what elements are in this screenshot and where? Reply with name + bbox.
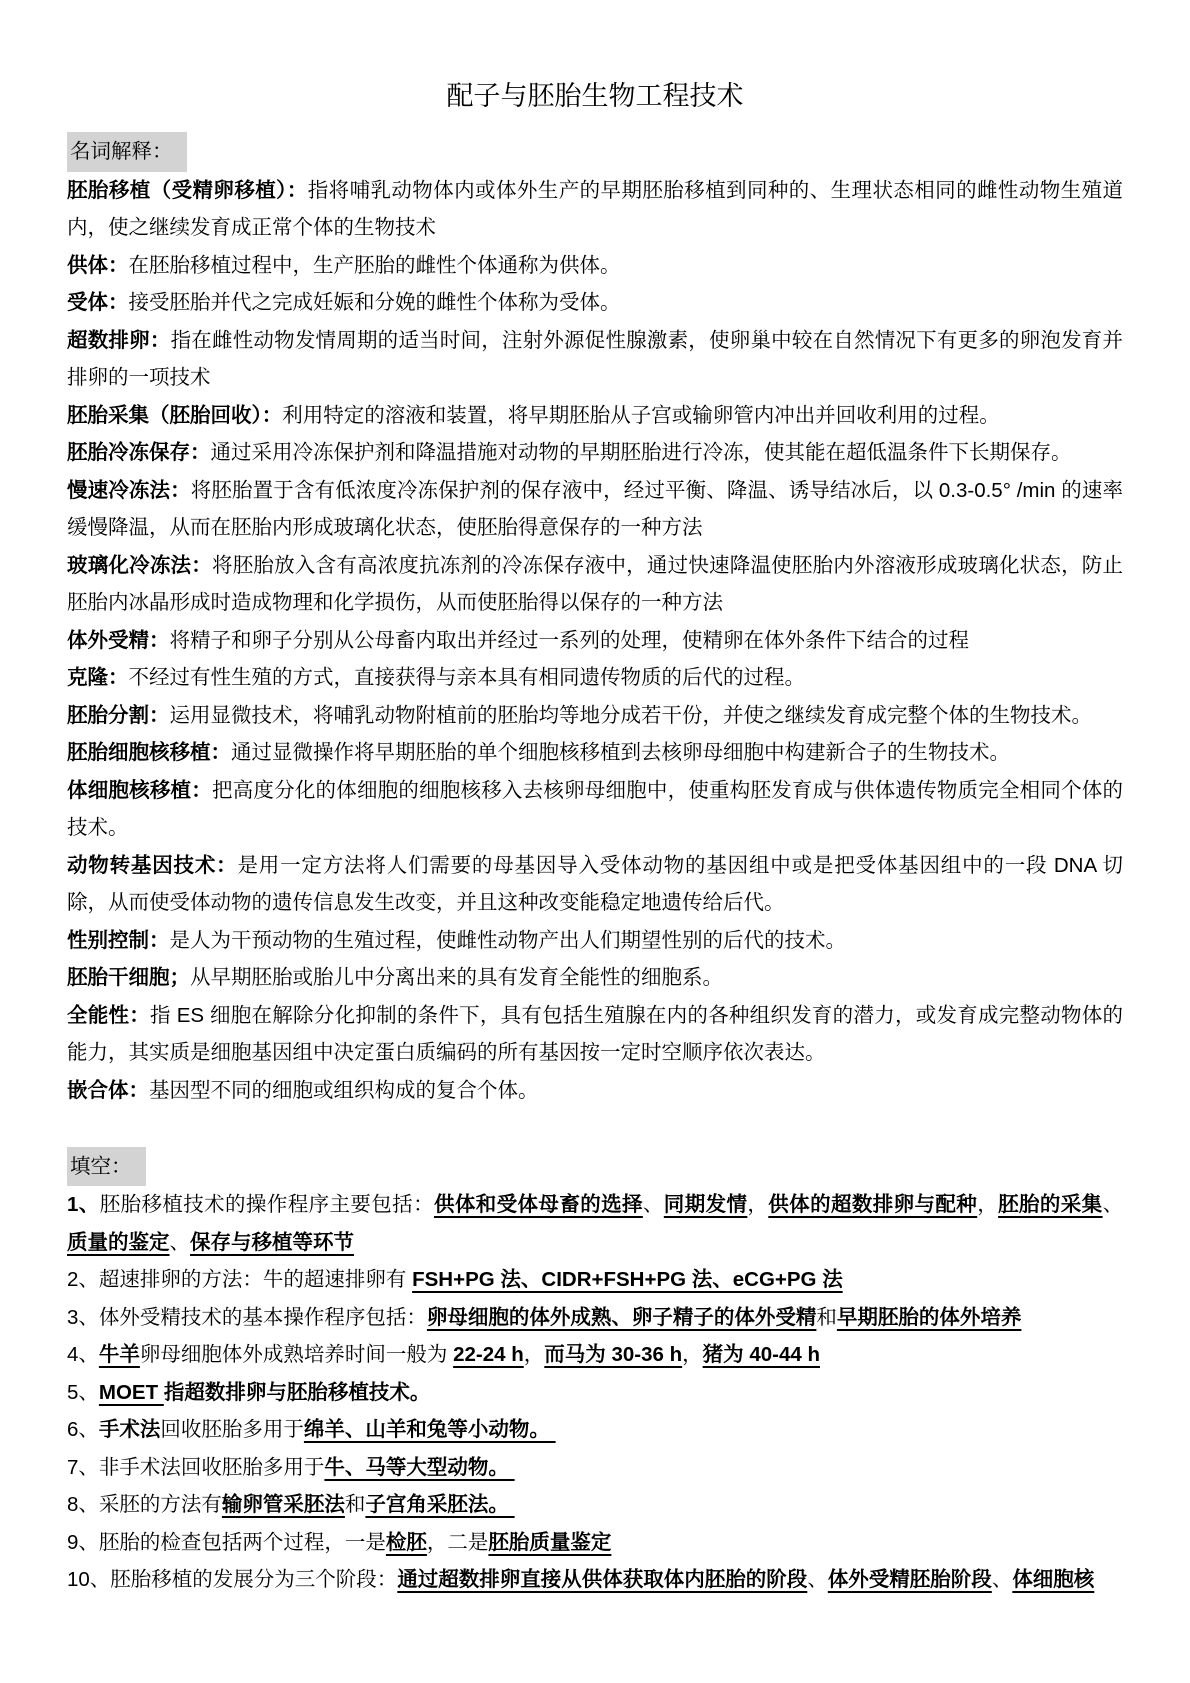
text-run: 不经过有性生殖的方式，直接获得与亲本具有相同遗传物质的后代的过程。: [129, 666, 806, 689]
text-run: 将胚胎放入含有高浓度抗冻剂的冷冻保存液中，通过快速降温使胚胎内外溶液形成玻璃化状…: [67, 554, 1123, 615]
blank-item: 1、胚胎移植技术的操作程序主要包括：供体和受体母畜的选择、同期发情，供体的超数排…: [67, 1186, 1123, 1261]
term-text-run: 胚胎移植（受精卵移植）：: [67, 179, 308, 202]
definition-item: 性别控制：是人为干预动物的生殖过程，使雌性动物产出人们期望性别的后代的技术。: [67, 922, 1123, 960]
blanks-list: 1、胚胎移植技术的操作程序主要包括：供体和受体母畜的选择、同期发情，供体的超数排…: [67, 1186, 1123, 1599]
answer-text-run: 体细胞核: [1012, 1568, 1094, 1591]
definition-item: 胚胎移植（受精卵移植）：指将哺乳动物体内或体外生产的早期胚胎移植到同种的、生理状…: [67, 172, 1123, 247]
definition-item: 全能性：指 ES 细胞在解除分化抑制的条件下，具有包括生殖腺在内的各种组织发育的…: [67, 997, 1123, 1072]
answer-text-run: 绵羊、山羊和兔等小动物。: [304, 1418, 556, 1441]
text-run: 5、: [67, 1381, 99, 1404]
text-run: ，: [524, 1343, 545, 1366]
text-run: 利用特定的溶液和装置，将早期胚胎从子宫或输卵管内冲出并回收利用的过程。: [282, 404, 1000, 427]
term-text-run: 嵌合体：: [67, 1079, 149, 1102]
term-text-run: 胚胎冷冻保存：: [67, 441, 211, 464]
answer-text-run: 牛羊: [99, 1343, 140, 1366]
blank-item: 4、牛羊卵母细胞体外成熟培养时间一般为 22-24 h，而马为 30-36 h，…: [67, 1336, 1123, 1374]
definition-item: 动物转基因技术：是用一定方法将人们需要的母基因导入受体动物的基因组中或是把受体基…: [67, 847, 1123, 922]
text-run: 是人为干预动物的生殖过程，使雌性动物产出人们期望性别的后代的技术。: [170, 929, 847, 952]
text-run: 指 ES 细胞在解除分化抑制的条件下，具有包括生殖腺在内的各种组织发育的潜力，或…: [67, 1004, 1123, 1065]
text-run: ，: [977, 1193, 998, 1216]
term-text-run: 受体：: [67, 291, 129, 314]
term-text-run: 动物转基因技术：: [67, 854, 238, 877]
answer-text-run: 通过超数排卵直接从供体获取体内胚胎的阶段: [397, 1568, 807, 1591]
definition-item: 体细胞核移植：把高度分化的体细胞的细胞核移入去核卵母细胞中，使重构胚发育成与供体…: [67, 772, 1123, 847]
definition-item: 体外受精：将精子和卵子分别从公母畜内取出并经过一系列的处理，使精卵在体外条件下结…: [67, 622, 1123, 660]
definition-item: 胚胎干细胞；从早期胚胎或胎儿中分离出来的具有发育全能性的细胞系。: [67, 959, 1123, 997]
text-run: 运用显微技术，将哺乳动物附植前的胚胎均等地分成若干份，并使之继续发育成完整个体的…: [170, 704, 1093, 727]
answer-text-run: 同期发情: [664, 1193, 748, 1216]
blank-item: 7、非手术法回收胚胎多用于牛、马等大型动物。: [67, 1449, 1123, 1487]
term-text-run: 体细胞核移植：: [67, 779, 212, 802]
blank-item: 3、体外受精技术的基本操作程序包括：卵母细胞的体外成熟、卵子精子的体外受精和早期…: [67, 1299, 1123, 1337]
answer-text-run: 子宫角采胚法。: [365, 1493, 514, 1516]
text-run: 、: [643, 1193, 664, 1216]
term-text-run: 手术法: [99, 1418, 161, 1441]
definition-item: 胚胎分割：运用显微技术，将哺乳动物附植前的胚胎均等地分成若干份，并使之继续发育成…: [67, 697, 1123, 735]
answer-text-run: 胚胎的采集: [998, 1193, 1102, 1216]
term-text-run: 胚胎干细胞；: [67, 966, 190, 989]
answer-text-run: 卵母细胞的体外成熟、卵子精子的体外受精: [427, 1306, 817, 1329]
text-run: 将精子和卵子分别从公母畜内取出并经过一系列的处理，使精卵在体外条件下结合的过程: [170, 629, 970, 652]
blanks-heading-line: 填空：: [67, 1147, 1123, 1187]
term-text-run: 供体：: [67, 254, 129, 277]
text-run: 7、非手术法回收胚胎多用于: [67, 1456, 324, 1479]
answer-text-run: 早期胚胎的体外培养: [837, 1306, 1022, 1329]
term-text-run: 玻璃化冷冻法：: [67, 554, 212, 577]
text-run: 从早期胚胎或胎儿中分离出来的具有发育全能性的细胞系。: [190, 966, 723, 989]
text-run: 4、: [67, 1343, 99, 1366]
section-heading-definitions: 名词解释：: [67, 132, 187, 172]
text-run: 6、: [67, 1418, 99, 1441]
text-run: 通过显微操作将早期胚胎的单个细胞核移植到去核卵母细胞中构建新合子的生物技术。: [231, 741, 1010, 764]
text-run: 、: [992, 1568, 1013, 1591]
blank-item: 6、手术法回收胚胎多用于绵羊、山羊和兔等小动物。: [67, 1411, 1123, 1449]
definition-item: 超数排卵：指在雌性动物发情周期的适当时间，注射外源促性腺激素，使卵巢中较在自然情…: [67, 322, 1123, 397]
text-run: 9、胚胎的检查包括两个过程，一是: [67, 1531, 386, 1554]
text-run: 卵母细胞体外成熟培养时间一般为: [140, 1343, 453, 1366]
text-run: 和: [345, 1493, 366, 1516]
definition-item: 供体：在胚胎移植过程中，生产胚胎的雌性个体通称为供体。: [67, 247, 1123, 285]
answer-text-run: 保存与移植等环节: [190, 1231, 354, 1254]
term-text-run: 胚胎采集（胚胎回收）：: [67, 404, 282, 427]
definition-item: 胚胎采集（胚胎回收）：利用特定的溶液和装置，将早期胚胎从子宫或输卵管内冲出并回收…: [67, 397, 1123, 435]
text-run: 在胚胎移植过程中，生产胚胎的雌性个体通称为供体。: [129, 254, 621, 277]
text-run: 指在雌性动物发情周期的适当时间，注射外源促性腺激素，使卵巢中较在自然情况下有更多…: [67, 329, 1123, 390]
term-text-run: 胚胎分割：: [67, 704, 170, 727]
text-run: 把高度分化的体细胞的细胞核移入去核卵母细胞中，使重构胚发育成与供体遗传物质完全相…: [67, 779, 1123, 840]
term-text-run: 性别控制：: [67, 929, 170, 952]
text-run: 3、体外受精技术的基本操作程序包括：: [67, 1306, 427, 1329]
document-title: 配子与胚胎生物工程技术: [67, 72, 1123, 120]
text-run: 10、胚胎移植的发展分为三个阶段：: [67, 1568, 397, 1591]
text-run: 、: [807, 1568, 828, 1591]
term-text-run: 超数排卵：: [67, 329, 171, 352]
term-text-run: 指超数排卵与胚胎移植技术。: [164, 1381, 431, 1404]
blank-item: 9、胚胎的检查包括两个过程，一是检胚，二是胚胎质量鉴定: [67, 1524, 1123, 1562]
answer-text-run: 猪为 40-44 h: [703, 1343, 820, 1366]
term-text-run: 全能性：: [67, 1004, 150, 1027]
text-run: 将胚胎置于含有低浓度冷冻保护剂的保存液中，经过平衡、降温、诱导结冰后，以 0.3…: [67, 479, 1123, 540]
definition-item: 克隆：不经过有性生殖的方式，直接获得与亲本具有相同遗传物质的后代的过程。: [67, 659, 1123, 697]
blank-item: 8、采胚的方法有输卵管采胚法和子宫角采胚法。: [67, 1486, 1123, 1524]
blank-item: 10、胚胎移植的发展分为三个阶段：通过超数排卵直接从供体获取体内胚胎的阶段、体外…: [67, 1561, 1123, 1599]
text-run: ，: [682, 1343, 703, 1366]
document-page: 配子与胚胎生物工程技术 名词解释： 胚胎移植（受精卵移植）：指将哺乳动物体内或体…: [0, 0, 1190, 1599]
definition-item: 慢速冷冻法：将胚胎置于含有低浓度冷冻保护剂的保存液中，经过平衡、降温、诱导结冰后…: [67, 472, 1123, 547]
text-run: 回收胚胎多用于: [160, 1418, 304, 1441]
definition-item: 胚胎细胞核移植：通过显微操作将早期胚胎的单个细胞核移植到去核卵母细胞中构建新合子…: [67, 734, 1123, 772]
answer-text-run: 而马为 30-36 h: [544, 1343, 682, 1366]
text-run: 、: [1103, 1193, 1124, 1216]
answer-text-run: 体外受精胚胎阶段: [828, 1568, 992, 1591]
text-run: ，: [747, 1193, 768, 1216]
text-run: 、: [170, 1231, 191, 1254]
definitions-list: 胚胎移植（受精卵移植）：指将哺乳动物体内或体外生产的早期胚胎移植到同种的、生理状…: [67, 172, 1123, 1110]
text-run: 接受胚胎并代之完成妊娠和分娩的雌性个体称为受体。: [129, 291, 621, 314]
answer-text-run: 供体和受体母畜的选择: [434, 1193, 643, 1216]
term-text-run: 体外受精：: [67, 629, 170, 652]
definition-item: 嵌合体：基因型不同的细胞或组织构成的复合个体。: [67, 1072, 1123, 1110]
text-run: 8、采胚的方法有: [67, 1493, 222, 1516]
term-text-run: 克隆：: [67, 666, 129, 689]
answer-text-run: 检胚: [386, 1531, 427, 1554]
answer-text-run: MOET: [99, 1381, 164, 1404]
text-run: 通过采用冷冻保护剂和降温措施对动物的早期胚胎进行冷冻，使其能在超低温条件下长期保…: [211, 441, 1072, 464]
term-text-run: 胚胎细胞核移植：: [67, 741, 231, 764]
blank-item: 5、MOET 指超数排卵与胚胎移植技术。: [67, 1374, 1123, 1412]
definition-item: 玻璃化冷冻法：将胚胎放入含有高浓度抗冻剂的冷冻保存液中，通过快速降温使胚胎内外溶…: [67, 547, 1123, 622]
answer-text-run: 质量的鉴定: [67, 1231, 170, 1254]
text-run: 基因型不同的细胞或组织构成的复合个体。: [149, 1079, 539, 1102]
text-run: ，二是: [427, 1531, 489, 1554]
blank-item: 2、超速排卵的方法：牛的超速排卵有 FSH+PG 法、CIDR+FSH+PG 法…: [67, 1261, 1123, 1299]
term-text-run: 1、: [67, 1193, 100, 1216]
section-heading-blanks: 填空：: [67, 1147, 146, 1187]
answer-text-run: 供体的超数排卵与配种: [768, 1193, 977, 1216]
text-run: 2、超速排卵的方法：牛的超速排卵有: [67, 1268, 412, 1291]
answer-text-run: FSH+PG 法、CIDR+FSH+PG 法、eCG+PG 法: [412, 1268, 843, 1291]
answer-text-run: 22-24 h: [453, 1343, 524, 1366]
definitions-heading-line: 名词解释：: [67, 132, 1123, 172]
text-run: 和: [816, 1306, 837, 1329]
definition-item: 受体：接受胚胎并代之完成妊娠和分娩的雌性个体称为受体。: [67, 284, 1123, 322]
answer-text-run: 牛、马等大型动物。: [324, 1456, 514, 1479]
answer-text-run: 胚胎质量鉴定: [488, 1531, 611, 1554]
definition-item: 胚胎冷冻保存：通过采用冷冻保护剂和降温措施对动物的早期胚胎进行冷冻，使其能在超低…: [67, 434, 1123, 472]
answer-text-run: 输卵管采胚法: [222, 1493, 345, 1516]
text-run: 胚胎移植技术的操作程序主要包括：: [100, 1193, 434, 1216]
term-text-run: 慢速冷冻法：: [67, 479, 191, 502]
